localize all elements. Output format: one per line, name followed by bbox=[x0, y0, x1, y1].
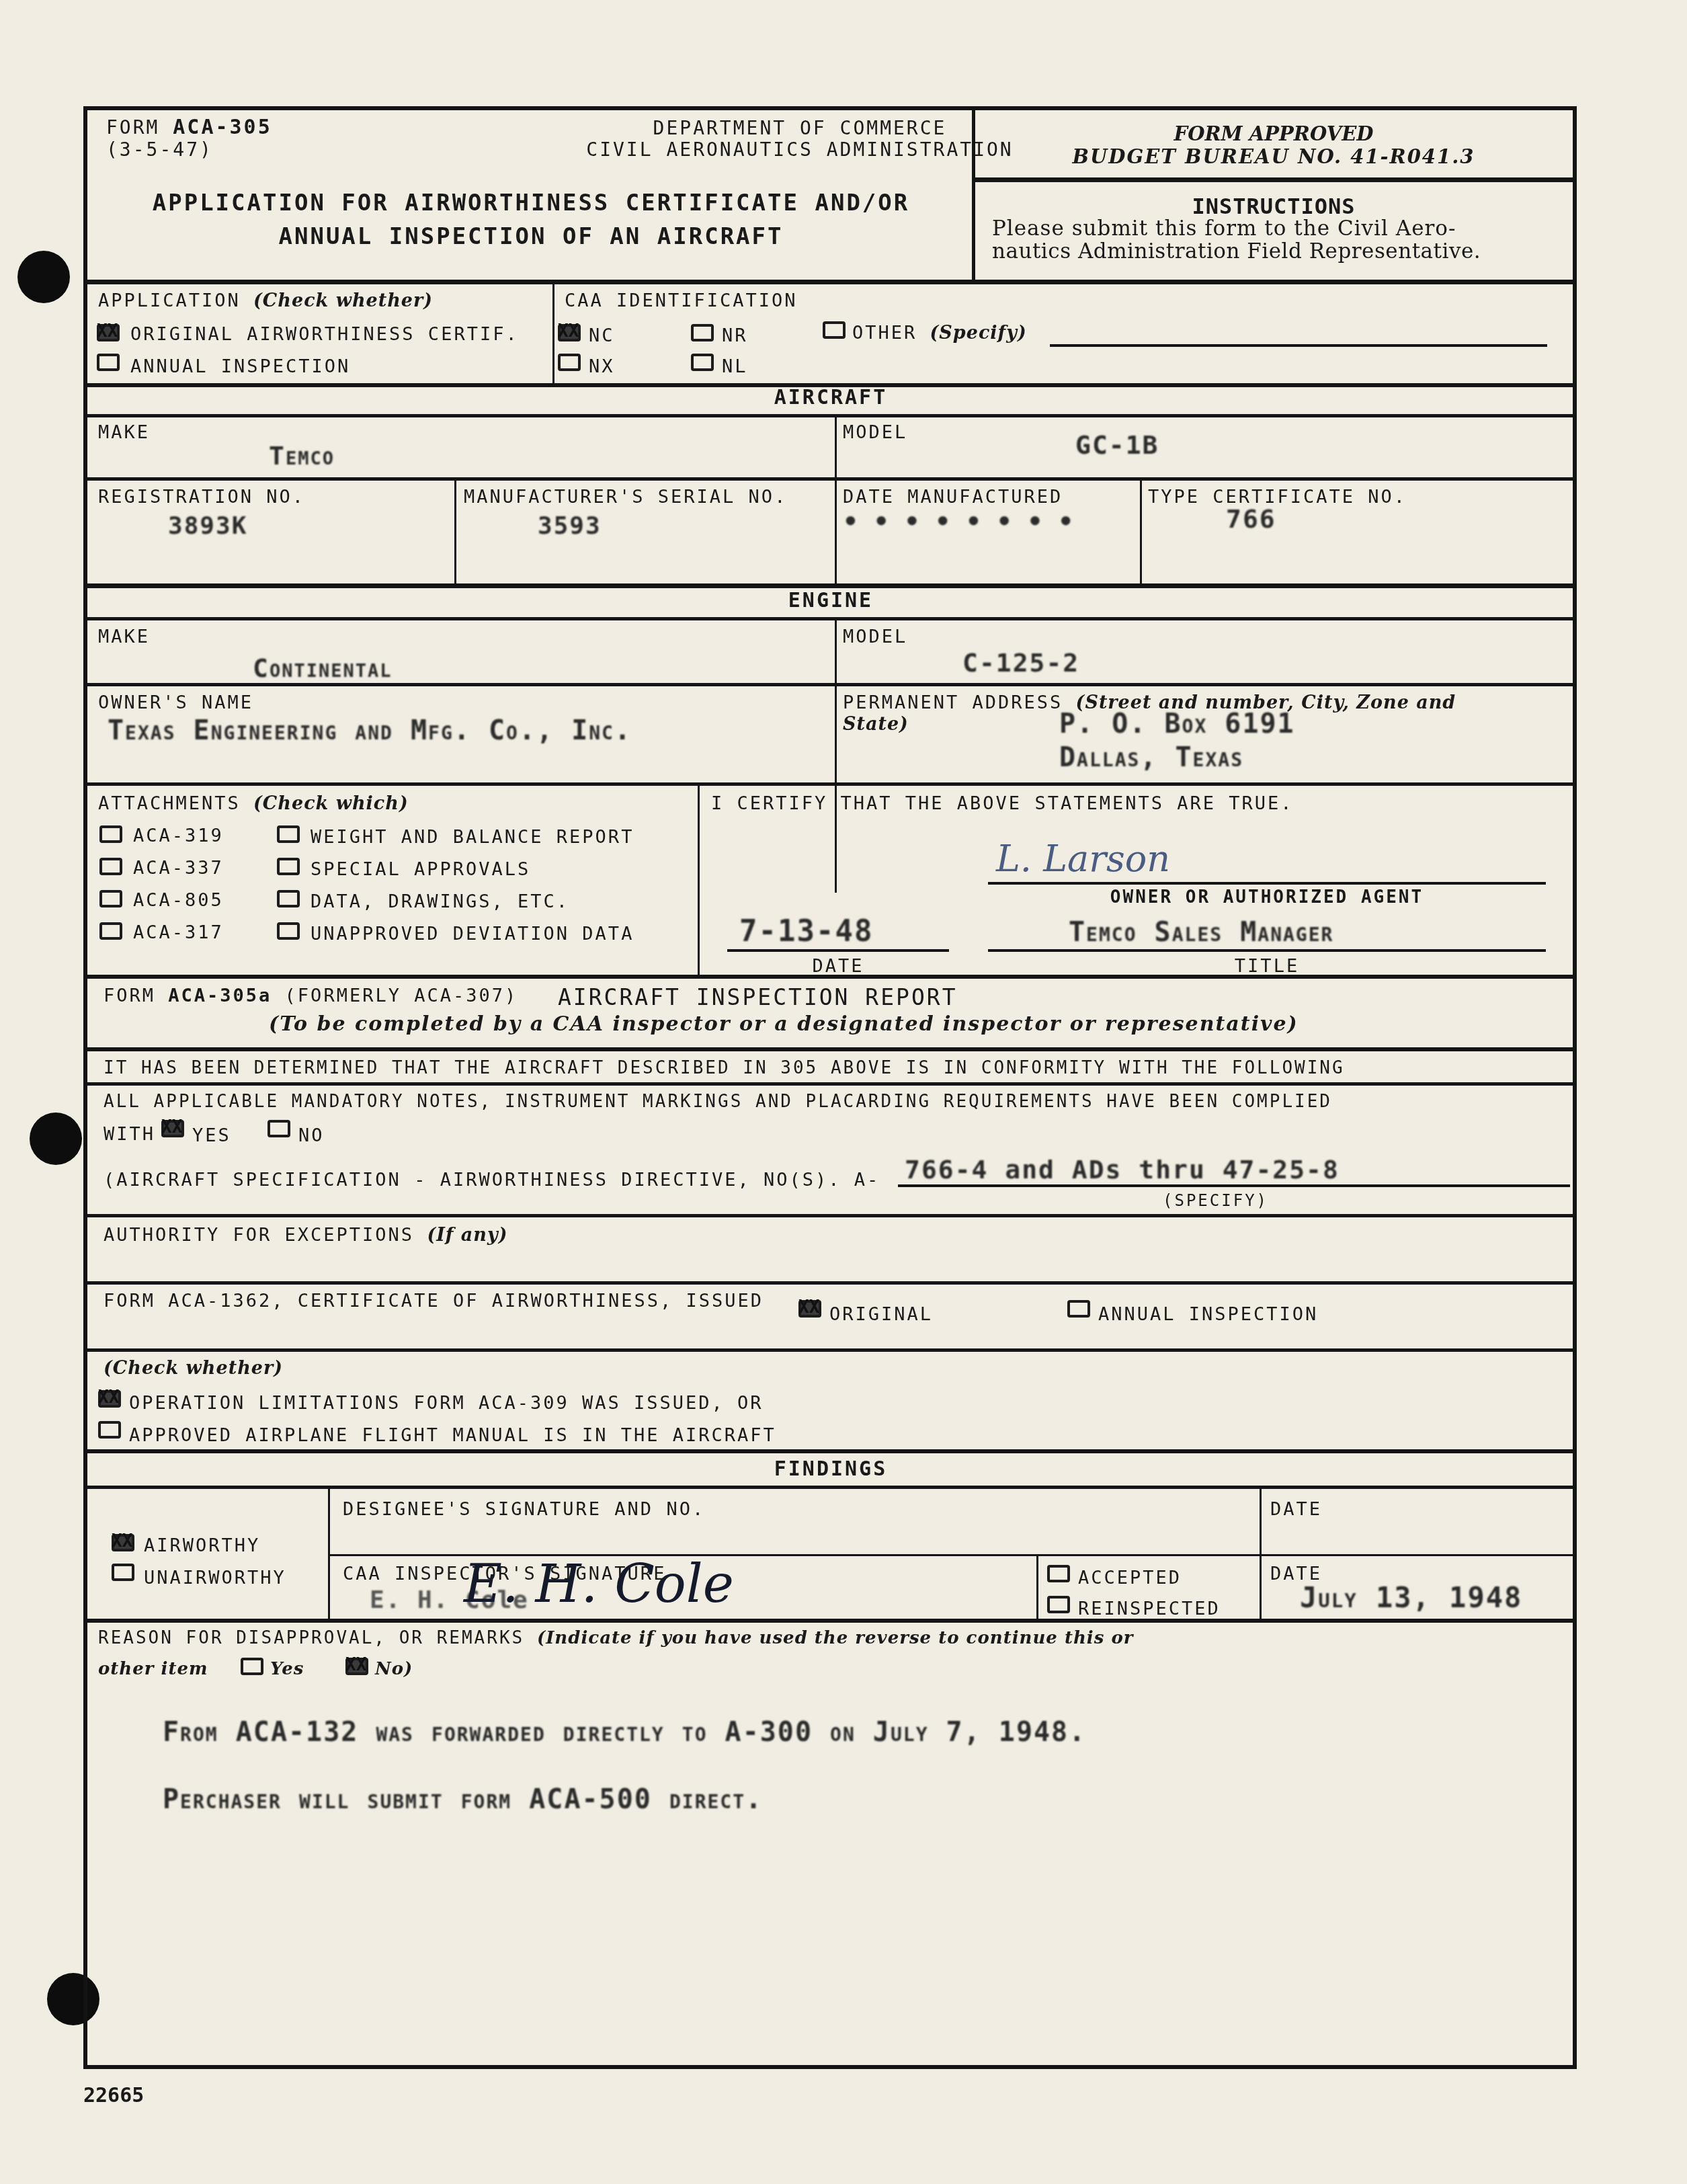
punch-hole-top bbox=[17, 251, 70, 303]
designee-date-label: DATE bbox=[1270, 1499, 1322, 1520]
airworthy-label: AIRWORTHY bbox=[144, 1535, 260, 1556]
certificate-issued-label: FORM ACA-1362, CERTIFICATE OF AIRWORTHIN… bbox=[104, 1291, 764, 1311]
mandatory-with: WITH bbox=[104, 1124, 155, 1145]
instructions-line2: nautics Administration Field Representat… bbox=[992, 239, 1481, 264]
conformity-statement: IT HAS BEEN DETERMINED THAT THE AIRCRAFT… bbox=[104, 1058, 1345, 1078]
inspection-form-prefix: FORM bbox=[104, 985, 155, 1006]
form-id: FORM ACA-305 bbox=[106, 116, 272, 139]
form-title-line1: APPLICATION FOR AIRWORTHINESS CERTIFICAT… bbox=[128, 190, 934, 216]
spec-label: (AIRCRAFT SPECIFICATION - AIRWORTHINESS … bbox=[104, 1170, 880, 1190]
mandatory-no-label: NO bbox=[298, 1125, 325, 1146]
spec-field-line bbox=[898, 1184, 1570, 1187]
check-whether-text: (Check whether) bbox=[104, 1358, 283, 1379]
designee-signature-label: DESIGNEE'S SIGNATURE AND NO. bbox=[343, 1499, 705, 1520]
certification-date-label: DATE bbox=[727, 956, 949, 977]
operation-limitations-label: OPERATION LIMITATIONS FORM ACA-309 WAS I… bbox=[129, 1393, 764, 1414]
certificate-original-label: ORIGINAL bbox=[829, 1304, 933, 1325]
engine-model-label: MODEL bbox=[843, 626, 907, 647]
exceptions-label-text: AUTHORITY FOR EXCEPTIONS bbox=[104, 1225, 414, 1246]
address-line2[interactable]: Dallas, Texas bbox=[1059, 742, 1243, 773]
inspector-date-value[interactable]: July 13, 1948 bbox=[1300, 1581, 1522, 1614]
attachments-hint: (Check which) bbox=[253, 793, 409, 814]
attachment-aca-337: ACA-337 bbox=[133, 858, 224, 879]
budget-bureau-number: BUDGET BUREAU NO. 41-R041.3 bbox=[975, 145, 1573, 168]
form-title-line2: ANNUAL INSPECTION OF AN AIRCRAFT bbox=[128, 223, 934, 250]
owner-name-value[interactable]: Texas Engineering and Mfg. Co., Inc. bbox=[108, 715, 632, 746]
checkbox-certificate-annual[interactable] bbox=[1067, 1300, 1090, 1318]
airworthiness-form: FORM ACA-305 (3-5-47) DEPARTMENT OF COMM… bbox=[83, 106, 1577, 2069]
aircraft-make-label: MAKE bbox=[98, 422, 150, 443]
checkbox-mandatory-yes[interactable] bbox=[161, 1120, 184, 1137]
inspection-form-number: ACA-305a bbox=[168, 985, 272, 1006]
mandatory-notes-statement: ALL APPLICABLE MANDATORY NOTES, INSTRUME… bbox=[104, 1092, 1332, 1112]
checkbox-accepted[interactable] bbox=[1047, 1565, 1070, 1582]
inspector-signature[interactable]: E. H. Cole bbox=[464, 1554, 734, 1615]
inspection-form-formerly: (FORMERLY ACA-307) bbox=[285, 985, 518, 1006]
serial-label: MANUFACTURER'S SERIAL NO. bbox=[464, 487, 787, 508]
type-certificate-label: TYPE CERTIFICATE NO. bbox=[1148, 487, 1407, 508]
remarks-line1[interactable]: From ACA-132 was forwarded directly to A… bbox=[163, 1717, 1086, 1748]
instructions-title: INSTRUCTIONS bbox=[975, 194, 1573, 219]
aircraft-section-title: AIRCRAFT bbox=[87, 386, 1574, 409]
inspection-form-id: FORM ACA-305a (FORMERLY ACA-307) bbox=[104, 985, 518, 1006]
option-annual-inspection: ANNUAL INSPECTION bbox=[130, 356, 350, 377]
option-nx: NX bbox=[589, 356, 615, 377]
checkbox-nr[interactable] bbox=[691, 324, 714, 341]
flight-manual-label: APPROVED AIRPLANE FLIGHT MANUAL IS IN TH… bbox=[129, 1425, 776, 1446]
checkbox-other[interactable] bbox=[823, 321, 846, 339]
attachments-label: ATTACHMENTS (Check which) bbox=[98, 793, 409, 814]
checkbox-aca-337[interactable] bbox=[99, 858, 122, 875]
punch-hole-middle bbox=[30, 1113, 82, 1165]
aircraft-make-value[interactable]: Temco bbox=[269, 441, 335, 471]
attachment-unapproved-deviation: UNAPPROVED DEVIATION DATA bbox=[311, 924, 634, 944]
other-specify-field[interactable] bbox=[1050, 344, 1547, 347]
date-manufactured-label: DATE MANUFACTURED bbox=[843, 487, 1063, 508]
registration-value[interactable]: 3893K bbox=[168, 512, 247, 540]
remarks-label: REASON FOR DISAPPROVAL, OR REMARKS (Indi… bbox=[98, 1628, 1133, 1648]
owner-signature-label: OWNER OR AUTHORIZED AGENT bbox=[988, 887, 1546, 907]
address-hint-state: State) bbox=[843, 714, 909, 735]
designee-signature-field[interactable] bbox=[343, 1525, 1257, 1551]
inspection-report-subtitle: (To be completed by a CAA inspector or a… bbox=[269, 1012, 1299, 1036]
form-number: ACA-305 bbox=[173, 116, 272, 139]
remarks-line2[interactable]: Perchaser will submit form ACA-500 direc… bbox=[163, 1784, 763, 1815]
checkbox-certificate-original[interactable] bbox=[798, 1300, 821, 1318]
form-prefix: FORM bbox=[106, 116, 159, 138]
certification-title-value[interactable]: Temco Sales Manager bbox=[1069, 917, 1333, 948]
engine-make-label: MAKE bbox=[98, 626, 150, 647]
checkbox-weight-balance[interactable] bbox=[277, 825, 300, 843]
findings-section-title: FINDINGS bbox=[87, 1457, 1574, 1481]
attachment-aca-319: ACA-319 bbox=[133, 825, 224, 846]
checkbox-reverse-no[interactable] bbox=[345, 1658, 368, 1675]
exceptions-label: AUTHORITY FOR EXCEPTIONS (If any) bbox=[104, 1225, 507, 1246]
checkbox-flight-manual[interactable] bbox=[98, 1421, 121, 1439]
option-other: OTHER (Specify) bbox=[852, 323, 1027, 343]
certification-title-label: TITLE bbox=[988, 956, 1546, 977]
registration-label: REGISTRATION NO. bbox=[98, 487, 305, 508]
owner-name-label: OWNER'S NAME bbox=[98, 692, 253, 713]
option-nl: NL bbox=[722, 356, 748, 377]
checkbox-nx[interactable] bbox=[558, 354, 581, 371]
address-hint-line2: State) bbox=[843, 714, 909, 735]
exceptions-hint: (If any) bbox=[427, 1225, 507, 1246]
checkbox-aca-805[interactable] bbox=[99, 890, 122, 907]
attachment-data-drawings: DATA, DRAWINGS, ETC. bbox=[311, 891, 569, 912]
option-other-label: OTHER bbox=[852, 323, 917, 343]
form-approved: FORM APPROVED bbox=[975, 122, 1573, 145]
reverse-yes-text: Yes bbox=[270, 1659, 304, 1679]
instructions-line1: Please submit this form to the Civil Aer… bbox=[992, 216, 1456, 241]
reverse-no-label: No) bbox=[375, 1659, 413, 1679]
remarks-label-text: REASON FOR DISAPPROVAL, OR REMARKS bbox=[98, 1628, 524, 1648]
option-other-hint: (Specify) bbox=[930, 323, 1027, 343]
address-line1[interactable]: P. O. Box 6191 bbox=[1059, 709, 1295, 739]
checkbox-reinspected[interactable] bbox=[1047, 1596, 1070, 1613]
owner-signature[interactable]: L. Larson bbox=[996, 838, 1170, 880]
exceptions-field[interactable] bbox=[104, 1253, 1555, 1277]
checkbox-mandatory-no[interactable] bbox=[268, 1120, 290, 1137]
caa-identification-label: CAA IDENTIFICATION bbox=[565, 290, 798, 311]
engine-make-value[interactable]: Continental bbox=[253, 653, 392, 683]
serial-value[interactable]: 3593 bbox=[538, 512, 602, 540]
checkbox-original-airworthiness[interactable] bbox=[97, 324, 120, 341]
spec-hint: (SPECIFY) bbox=[1163, 1191, 1268, 1210]
document-number: 22665 bbox=[83, 2084, 144, 2107]
checkbox-nl[interactable] bbox=[691, 354, 714, 371]
reinspected-label: REINSPECTED bbox=[1078, 1599, 1221, 1619]
reverse-yes-label: Yes bbox=[270, 1659, 304, 1679]
attachments-label-text: ATTACHMENTS bbox=[98, 793, 241, 814]
checkbox-special-approvals[interactable] bbox=[277, 858, 300, 875]
remarks-other-item: other item bbox=[98, 1659, 208, 1679]
certify-statement: I CERTIFY THAT THE ABOVE STATEMENTS ARE … bbox=[711, 793, 1294, 814]
attachment-aca-317: ACA-317 bbox=[133, 922, 224, 943]
checkbox-nc[interactable] bbox=[558, 324, 581, 341]
checkbox-aca-317[interactable] bbox=[99, 922, 122, 940]
type-certificate-value[interactable]: 766 bbox=[1226, 504, 1276, 534]
inspection-report-title: AIRCRAFT INSPECTION REPORT bbox=[558, 984, 958, 1010]
address-label-text: PERMANENT ADDRESS bbox=[843, 692, 1063, 713]
application-hint: (Check whether) bbox=[253, 290, 433, 311]
checkbox-aca-319[interactable] bbox=[99, 825, 122, 843]
attachment-weight-balance: WEIGHT AND BALANCE REPORT bbox=[311, 827, 634, 848]
form-date: (3-5-47) bbox=[106, 138, 213, 161]
checkbox-airworthy[interactable] bbox=[112, 1534, 134, 1551]
checkbox-annual-inspection[interactable] bbox=[97, 354, 120, 371]
spec-value[interactable]: 766-4 and ADs thru 47-25-8 bbox=[905, 1155, 1340, 1184]
application-label-text: APPLICATION bbox=[98, 290, 241, 311]
check-whether-hint: (Check whether) bbox=[104, 1358, 283, 1379]
option-original-airworthiness: ORIGINAL AIRWORTHINESS CERTIF. bbox=[130, 324, 519, 345]
checkbox-data-drawings[interactable] bbox=[277, 890, 300, 907]
remarks-reverse-line: other item bbox=[98, 1659, 208, 1679]
checkbox-unairworthy[interactable] bbox=[112, 1564, 134, 1581]
certificate-annual-label: ANNUAL INSPECTION bbox=[1098, 1304, 1318, 1325]
date-manufactured-value[interactable]: • • • • • • • • bbox=[843, 507, 1073, 536]
option-nc: NC bbox=[589, 325, 615, 346]
checkbox-reverse-yes[interactable] bbox=[241, 1658, 263, 1675]
engine-section-title: ENGINE bbox=[87, 589, 1574, 612]
designee-date-field[interactable] bbox=[1270, 1525, 1566, 1551]
checkbox-unapproved-deviation[interactable] bbox=[277, 922, 300, 940]
remarks-hint: (Indicate if you have used the reverse t… bbox=[537, 1628, 1134, 1648]
aircraft-model-value[interactable]: GC-1B bbox=[1075, 430, 1159, 460]
accepted-label: ACCEPTED bbox=[1078, 1568, 1182, 1588]
aircraft-model-label: MODEL bbox=[843, 422, 907, 443]
reverse-no-text: No) bbox=[375, 1659, 413, 1679]
engine-model-value[interactable]: C-125-2 bbox=[962, 648, 1079, 678]
attachment-special-approvals: SPECIAL APPROVALS bbox=[311, 859, 530, 880]
certification-date-value[interactable]: 7-13-48 bbox=[739, 914, 873, 948]
checkbox-operation-limitations[interactable] bbox=[98, 1390, 121, 1408]
mandatory-yes-label: YES bbox=[192, 1125, 231, 1146]
application-label: APPLICATION (Check whether) bbox=[98, 290, 433, 311]
unairworthy-label: UNAIRWORTHY bbox=[144, 1568, 286, 1588]
attachment-aca-805: ACA-805 bbox=[133, 890, 224, 911]
option-nr: NR bbox=[722, 325, 748, 346]
